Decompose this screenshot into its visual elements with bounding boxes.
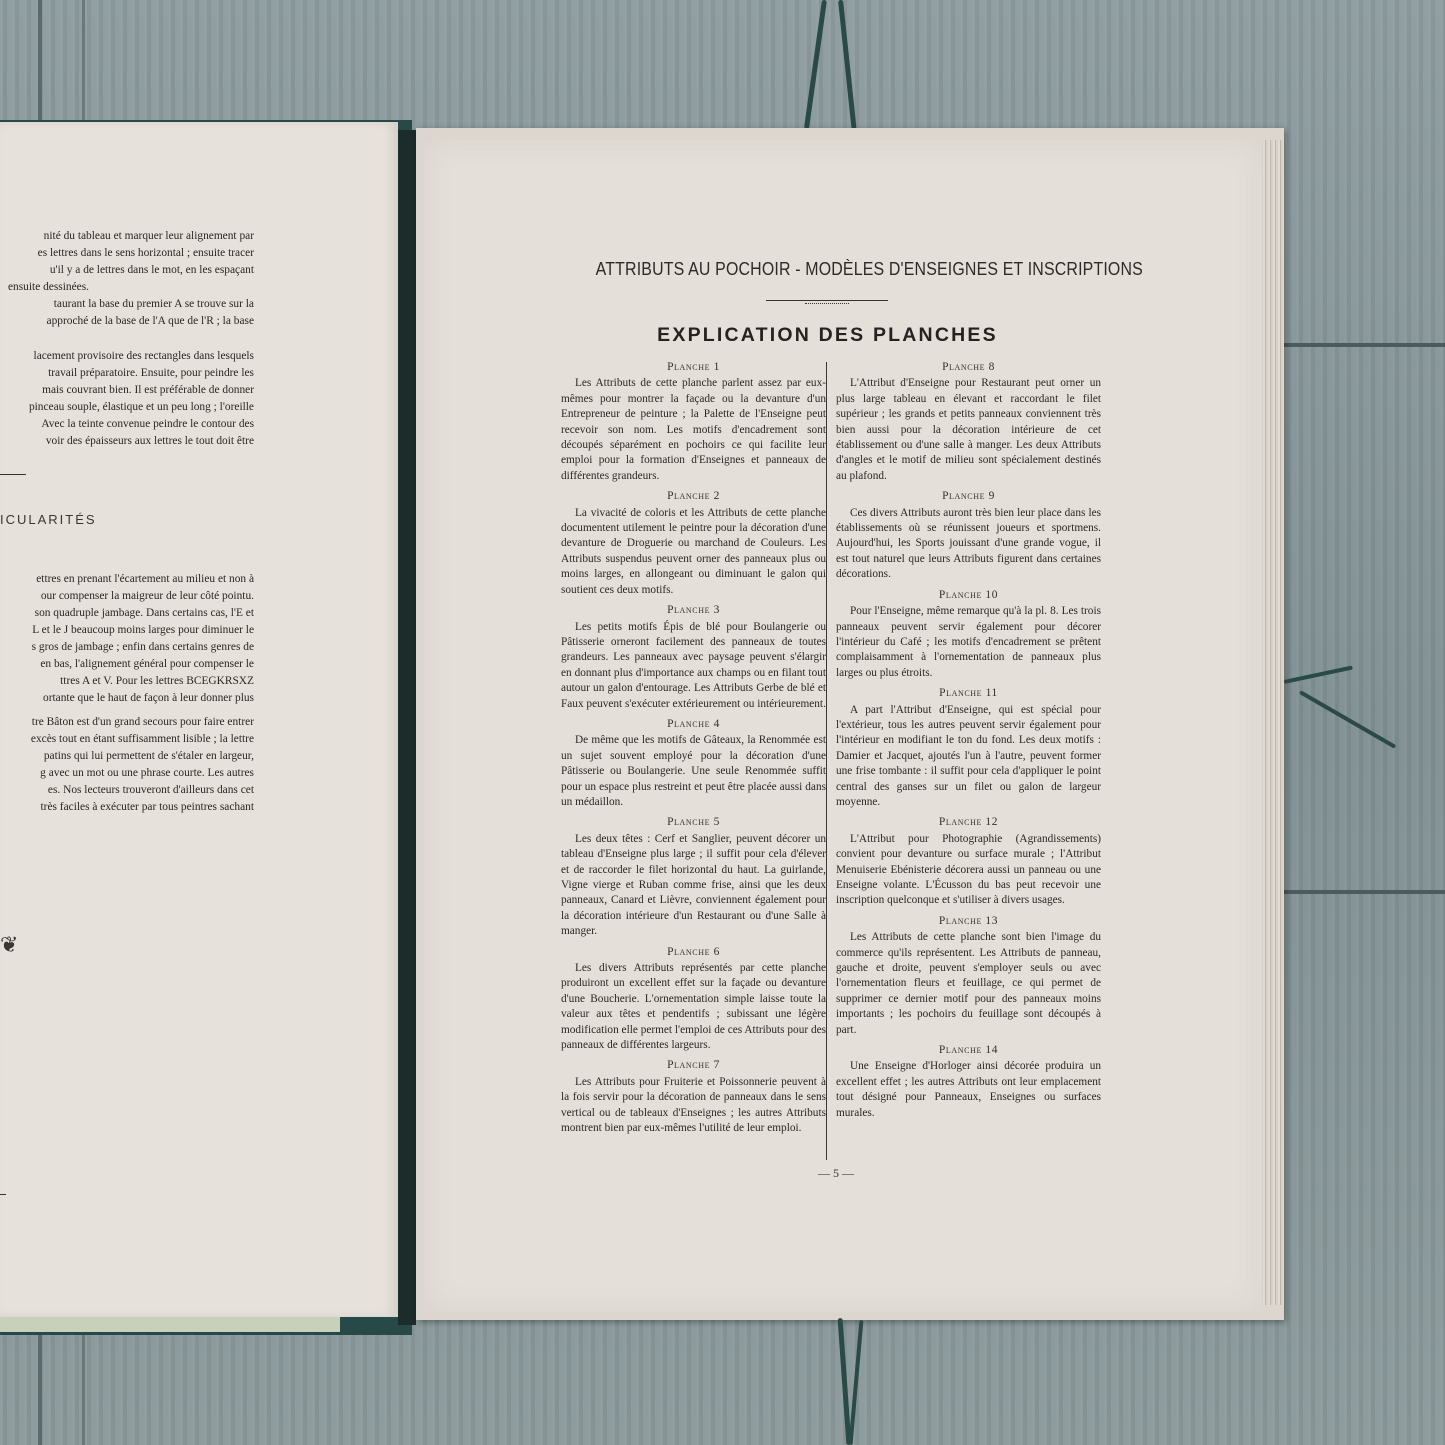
planche-entry: Planche 12 L'Attribut pour Photographie … <box>836 815 1101 908</box>
page-number: — 5 — <box>806 1166 866 1181</box>
left-paragraph-4: ettres en prenant l'écartement au milieu… <box>0 571 254 707</box>
planche-title: Planche 3 <box>561 603 826 618</box>
left-column: Planche 1 Les Attributs de cette planche… <box>561 360 826 1142</box>
planche-text: Une Enseigne d'Horloger ainsi décorée pr… <box>836 1059 1101 1121</box>
planche-entry: Planche 5 Les deux têtes : Cerf et Sangl… <box>561 815 826 939</box>
planche-text: Pour l'Enseigne, même remarque qu'à la p… <box>836 604 1101 681</box>
plank-seam <box>1280 890 1445 894</box>
planche-text: L'Attribut pour Photographie (Agrandisse… <box>836 832 1101 909</box>
planche-entry: Planche 10 Pour l'Enseigne, même remarqu… <box>836 588 1101 681</box>
planche-title: Planche 7 <box>561 1058 826 1073</box>
left-paragraph-5: tre Bâton est d'un grand secours pour fa… <box>0 714 254 816</box>
planche-text: Ces divers Attributs auront très bien le… <box>836 506 1101 583</box>
planche-title: Planche 8 <box>836 360 1101 375</box>
planche-entry: Planche 2 La vivacité de coloris et les … <box>561 489 826 598</box>
planche-entry: Planche 3 Les petits motifs Épis de blé … <box>561 603 826 712</box>
planche-title: Planche 10 <box>836 588 1101 603</box>
section-rule <box>0 474 26 475</box>
planche-title: Planche 12 <box>836 815 1101 830</box>
planche-text: Les divers Attributs représentés par cet… <box>561 961 826 1053</box>
planche-title: Planche 11 <box>836 686 1101 701</box>
plank-seam <box>1280 343 1445 347</box>
planche-entry: Planche 1 Les Attributs de cette planche… <box>561 360 826 484</box>
planche-text: A part l'Attribut d'Enseigne, qui est sp… <box>836 703 1101 811</box>
planche-entry: Planche 6 Les divers Attributs représent… <box>561 945 826 1054</box>
planche-text: Les Attributs de cette planche parlent a… <box>561 376 826 484</box>
planche-title: Planche 13 <box>836 914 1101 929</box>
right-column: Planche 8 L'Attribut d'Enseigne pour Res… <box>836 360 1101 1126</box>
planche-title: Planche 1 <box>561 360 826 375</box>
planche-text: Les deux têtes : Cerf et Sanglier, peuve… <box>561 832 826 940</box>
planche-text: Les petits motifs Épis de blé pour Boula… <box>561 620 826 712</box>
left-page: nité du tableau et marquer leur aligneme… <box>0 122 398 1317</box>
planche-text: L'Attribut d'Enseigne pour Restaurant pe… <box>836 376 1101 484</box>
running-title: ATTRIBUTS AU POCHOIR - MODÈLES D'ENSEIGN… <box>596 258 1059 280</box>
flourish-ornament-icon: ❦ <box>0 930 24 960</box>
left-section-heading: ICULARITÉS <box>0 512 97 527</box>
folder-spine <box>398 130 416 1325</box>
planche-entry: Planche 7 Les Attributs pour Fruiterie e… <box>561 1058 826 1136</box>
column-divider <box>826 362 827 1160</box>
planche-entry: Planche 13 Les Attributs de cette planch… <box>836 914 1101 1038</box>
planche-title: Planche 2 <box>561 489 826 504</box>
planche-title: Planche 5 <box>561 815 826 830</box>
planche-title: Planche 4 <box>561 717 826 732</box>
left-paragraph-3: lacement provisoire des rectangles dans … <box>0 348 254 450</box>
planche-title: Planche 14 <box>836 1043 1101 1058</box>
planche-entry: Planche 9 Ces divers Attributs auront tr… <box>836 489 1101 582</box>
planche-title: Planche 6 <box>561 945 826 960</box>
section-rule <box>0 1194 6 1195</box>
planche-entry: Planche 14 Une Enseigne d'Horloger ainsi… <box>836 1043 1101 1121</box>
left-paragraph-2: taurant la base du premier A se trouve s… <box>0 296 254 330</box>
planche-text: Les Attributs pour Fruiterie et Poissonn… <box>561 1075 826 1137</box>
planche-entry: Planche 8 L'Attribut d'Enseigne pour Res… <box>836 360 1101 484</box>
page-heading: EXPLICATION DES PLANCHES <box>555 324 1100 347</box>
left-paragraph-1: nité du tableau et marquer leur aligneme… <box>0 228 254 296</box>
planche-entry: Planche 11 A part l'Attribut d'Enseigne,… <box>836 686 1101 810</box>
planche-text: De même que les motifs de Gâteaux, la Re… <box>561 733 826 810</box>
planche-entry: Planche 4 De même que les motifs de Gâte… <box>561 717 826 810</box>
planche-title: Planche 9 <box>836 489 1101 504</box>
planche-text: La vivacité de coloris et les Attributs … <box>561 506 826 598</box>
planche-text: Les Attributs de cette planche sont bien… <box>836 930 1101 1038</box>
title-rule-ornament <box>805 297 849 304</box>
